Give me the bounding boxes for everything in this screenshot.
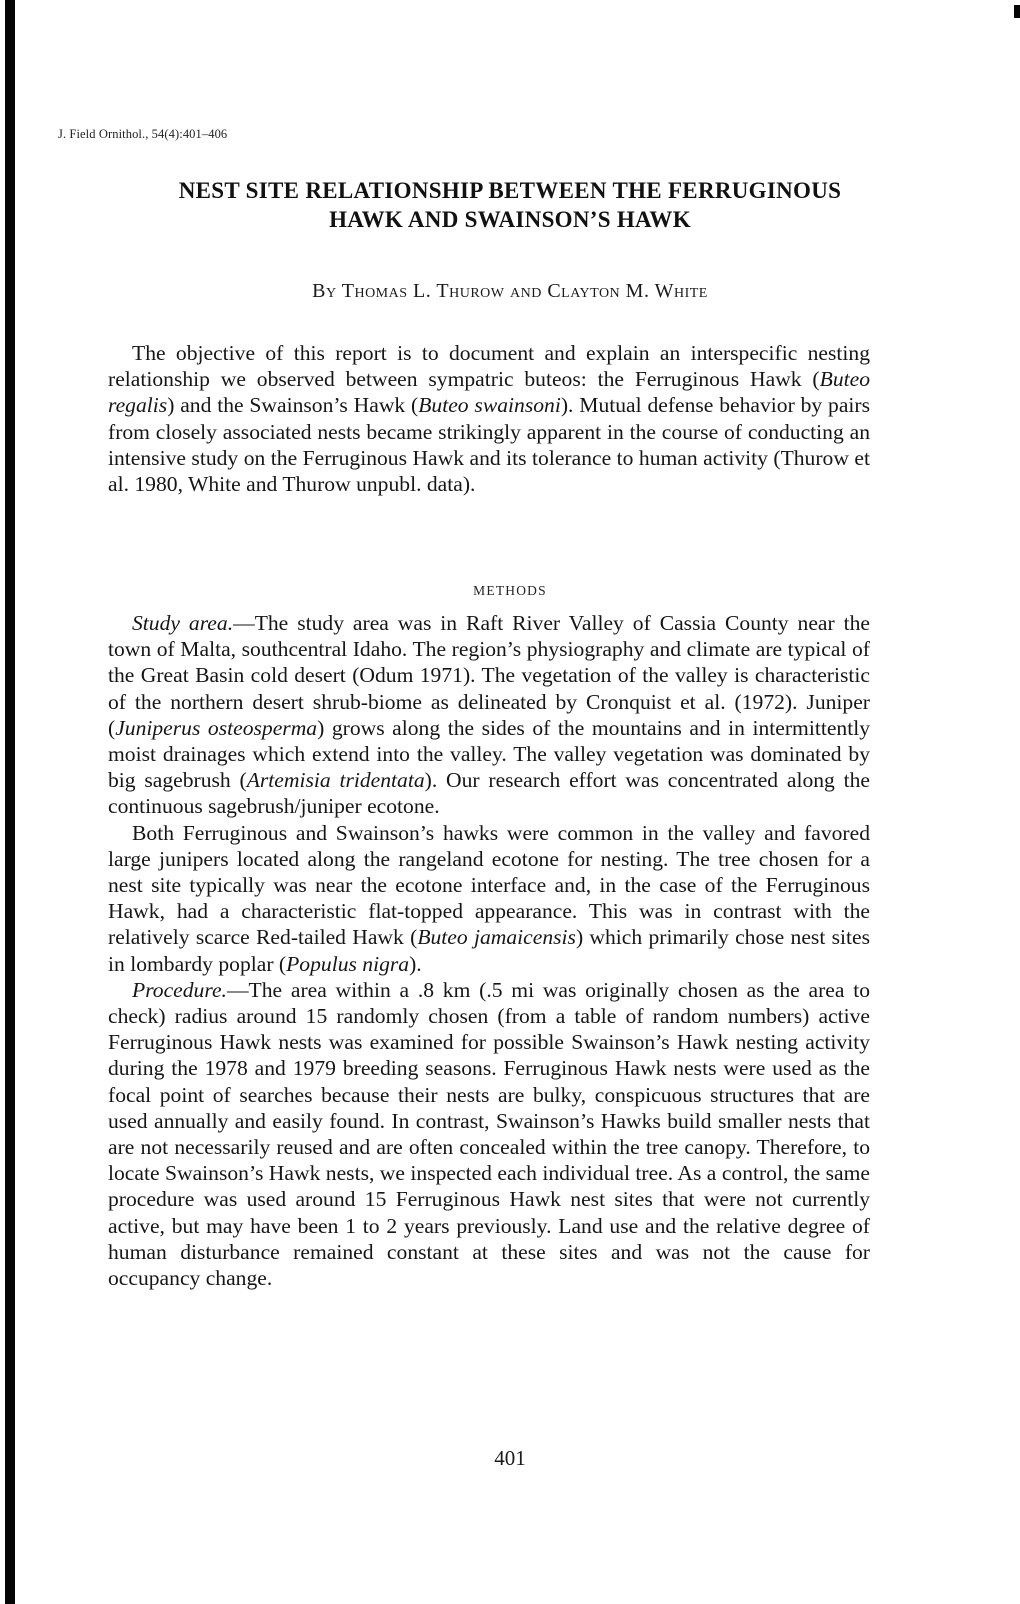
article-title-line-2: HAWK AND SWAINSON’S HAWK — [60, 205, 960, 234]
species-name: Populus nigra — [286, 952, 409, 976]
scan-mark-right — [1014, 5, 1020, 18]
methods-heading: METHODS — [60, 583, 960, 599]
scan-edge-left — [5, 0, 15, 1604]
methods-section: Study area.—The study area was in Raft R… — [108, 610, 870, 1291]
author-byline: By Thomas L. Thurow and Clayton M. White — [60, 280, 960, 303]
procedure-paragraph: Procedure.—The area within a .8 km (.5 m… — [108, 977, 870, 1291]
study-area-run-in-head: Study area. — [132, 611, 233, 635]
intro-paragraph: The objective of this report is to docum… — [108, 340, 870, 497]
article-title-line-1: NEST SITE RELATIONSHIP BETWEEN THE FERRU… — [60, 176, 960, 205]
procedure-text: —The area within a .8 km (.5 mi was orig… — [108, 978, 870, 1290]
introduction-section: The objective of this report is to docum… — [108, 340, 870, 497]
species-name: Artemisia tridentata — [247, 768, 425, 792]
species-name: Buteo jamaicensis — [417, 925, 576, 949]
nesting-paragraph: Both Ferruginous and Swainson’s hawks we… — [108, 820, 870, 977]
journal-reference: J. Field Ornithol., 54(4):401–406 — [58, 127, 227, 142]
species-name: Juniperus osteosperma — [115, 716, 317, 740]
page-number: 401 — [60, 1446, 960, 1471]
study-area-paragraph: Study area.—The study area was in Raft R… — [108, 610, 870, 820]
procedure-run-in-head: Procedure. — [132, 978, 227, 1002]
nesting-text: ). — [409, 952, 422, 976]
species-name: Buteo swainsoni — [418, 393, 561, 417]
intro-text: ) and the Swainson’s Hawk ( — [167, 393, 418, 417]
intro-text: The objective of this report is to docum… — [108, 341, 870, 391]
article-title: NEST SITE RELATIONSHIP BETWEEN THE FERRU… — [60, 176, 960, 234]
